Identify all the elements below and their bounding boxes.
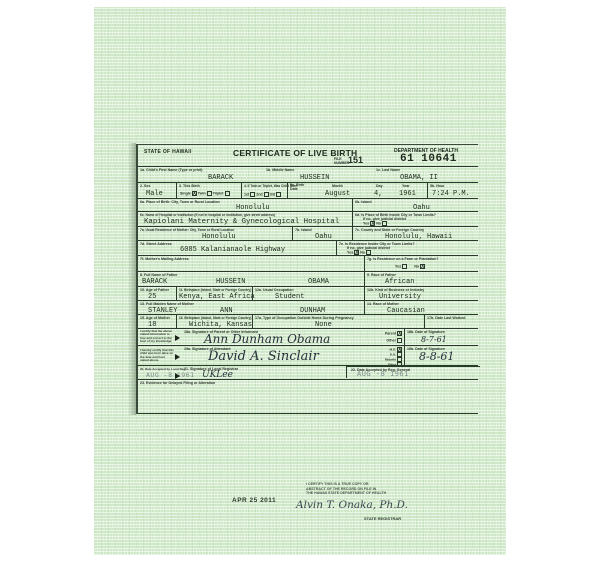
other-informant-label: Other — [386, 338, 396, 342]
informant-statement: I certify that the above stated informat… — [140, 330, 174, 344]
md-label: M.D. — [390, 347, 396, 351]
residence-limits-no-checkbox[interactable] — [366, 250, 371, 255]
father-name-row: 8. Full Name of Father BARACK HUSSEIN OB… — [138, 272, 478, 287]
month-label: Month — [332, 184, 343, 188]
residence-city: Honolulu — [202, 233, 236, 241]
triplet-checkbox[interactable] — [225, 191, 230, 196]
residence-limits-yes-checkbox[interactable]: X — [354, 250, 359, 255]
father-birthplace-cell: 11. Birthplace (Island, State or Foreign… — [176, 287, 252, 300]
reg-general-date-stamp: AUG -8 1961 — [357, 370, 409, 378]
birth-month: August — [325, 190, 350, 198]
registrar-row: 20. Date Accepted by Local Reg. AUG -8 1… — [138, 366, 478, 380]
child-first-name: BARACK — [208, 174, 233, 182]
street-address: 6085 Kalanianaole Highway — [180, 246, 285, 254]
day-label: Day — [376, 184, 383, 188]
sex-label: 2. Sex — [140, 184, 150, 188]
farm-label: 7g. Is Residence on a Farm or Plantation… — [367, 257, 439, 261]
child-last-name: OBAMA, II — [400, 174, 438, 182]
residence-limits-yes-label: Yes — [347, 250, 353, 254]
informant-signature: Ann Dunham Obama — [204, 332, 330, 346]
birth-year: 1961 — [399, 190, 416, 198]
mailing-row: 7f. Mother's Mailing Address 7g. Is Resi… — [138, 256, 478, 272]
birth-day: 4, — [374, 190, 382, 198]
attendant-date-cell: 19b. Date of Signature 8-8-61 — [404, 346, 480, 365]
mother-birthplace: Wichita, Kansas — [189, 321, 252, 329]
evidence-row: 23. Evidence for Delayed Filing or Alter… — [138, 380, 478, 414]
issue-date-stamp: APR 25 2011 — [232, 497, 276, 504]
residence-inside-limits-cell: 7e. Is Residence Inside City or Town Lim… — [336, 241, 480, 255]
residence-row: 7a. Usual Residence of Mother: City, Tow… — [138, 227, 478, 241]
triplet-label: Triplet — [213, 191, 224, 195]
state-label: STATE OF HAWAII — [144, 149, 192, 155]
street-label: 7d. Street Address — [140, 242, 172, 246]
attendant-statement-cell: I hereby certify that this child was bor… — [138, 346, 174, 365]
sex-cell: 2. Sex Male — [138, 183, 176, 198]
local-reg-signature-cell: 21. Signature of Local Registrar UKLee — [182, 366, 346, 379]
registrar-title: STATE REGISTRAR — [364, 516, 401, 521]
mother-last-worked-cell: 17b. Date Last Worked — [424, 315, 480, 328]
mother-first-name: STANLEY — [148, 307, 177, 315]
arrow-icon — [175, 373, 180, 379]
hospital-row: 6c. Name of Hospital or Institution (If … — [138, 212, 478, 227]
child-middle-name: HUSSEIN — [300, 174, 329, 182]
father-industry-cell: 12b. Kind of Business or Industry Univer… — [364, 287, 480, 300]
mother-last-worked-label: 17b. Date Last Worked — [427, 316, 465, 320]
midwife-label: Midwife — [385, 357, 396, 361]
father-occupation: Student — [275, 293, 304, 301]
father-last-name: OBAMA — [308, 278, 329, 286]
birth-date-cell: 5a. Birth Date Month Day Year August 4, … — [287, 183, 427, 198]
residence-city-cell: 7a. Usual Residence of Mother: City, Tow… — [138, 227, 292, 240]
single-checkbox[interactable]: X — [192, 191, 197, 196]
father-race-label: 9. Race of Father — [367, 273, 396, 277]
true-copy-certification: I CERTIFY THIS IS A TRUE COPY OR ABSTRAC… — [306, 482, 386, 496]
street-row: 7d. Street Address 6085 Kalanianaole Hig… — [138, 241, 478, 256]
birth-island-cell: 6b. Island Oahu — [352, 199, 480, 211]
twin-checkbox[interactable] — [207, 191, 212, 196]
mother-last-name: DUNHAM — [300, 307, 325, 315]
farm-cell: 7g. Is Residence on a Farm or Plantation… — [364, 256, 480, 271]
father-race: African — [385, 278, 414, 286]
residence-island-label: 7b. Island — [295, 228, 312, 232]
birth-hour-cell: 5b. Hour 7:24 P.M. — [427, 183, 480, 198]
certificate-number: 61 10641 — [400, 153, 457, 165]
certificate-header: STATE OF HAWAII CERTIFICATE OF LIVE BIRT… — [138, 145, 478, 167]
mailing-cell: 7f. Mother's Mailing Address — [138, 256, 364, 271]
mother-race: Caucasian — [387, 307, 425, 315]
birth-city: Honolulu — [236, 204, 270, 212]
father-name-cell: 8. Full Name of Father BARACK HUSSEIN OB… — [138, 272, 364, 286]
child-name-row: 1a. Child's First Name (Type or print) 1… — [138, 167, 478, 183]
birth-hour: 7:24 P.M. — [432, 190, 470, 198]
father-industry: University — [379, 293, 421, 301]
arrow-icon — [175, 335, 180, 341]
mother-race-cell: 14. Race of Mother Caucasian — [364, 301, 480, 314]
mother-age: 18 — [148, 321, 156, 329]
residence-city-label: 7a. Usual Residence of Mother: City, Tow… — [140, 228, 234, 232]
attendant-signature-cell: 19a. Signature of Attendant David A. Sin… — [182, 346, 404, 365]
informant-signature-cell: 18a. Signature of Parent or Other Inform… — [182, 329, 404, 345]
father-occupation-cell: 12a. Usual Occupation Student — [252, 287, 364, 300]
attendant-signature: David A. Sinclair — [208, 349, 319, 364]
this-birth-label: 3. This Birth — [179, 184, 200, 188]
hospital-label: 6c. Name of Hospital or Institution (If … — [140, 213, 275, 217]
residence-county-label: 7c. County and State or Foreign Country — [355, 228, 424, 232]
other-informant-checkbox[interactable] — [397, 338, 402, 343]
birth-limits-yes-label: Yes — [363, 221, 369, 225]
informant-date: 8-7-61 — [421, 335, 447, 344]
farm-yes-label: Yes — [395, 264, 401, 268]
residence-island: Oahu — [315, 233, 332, 241]
parent-checkbox[interactable]: X — [397, 331, 402, 336]
mother-name-label: 13. Full Maiden Name of Mother — [140, 302, 194, 306]
residence-island-cell: 7b. Island Oahu — [292, 227, 352, 240]
child-name-cell: 1a. Child's First Name (Type or print) 1… — [138, 167, 480, 182]
birth-limits-no-label: No — [376, 221, 381, 225]
father-name-label: 8. Full Name of Father — [140, 273, 178, 277]
hour-label: 5b. Hour — [430, 184, 445, 188]
place-of-birth-row: 6a. Place of Birth: City, Town or Rural … — [138, 199, 478, 212]
farm-no-label: No — [414, 264, 419, 268]
birth-island-label: 6b. Island — [355, 200, 372, 204]
last-name-label: 1c. Last Name — [376, 168, 400, 172]
mother-birthplace-cell: 16. Birthplace (Island, State or Foreign… — [176, 315, 252, 328]
street-cell: 7d. Street Address 6085 Kalanianaole Hig… — [138, 241, 336, 255]
middle-name-label: 1b. Middle Name — [266, 168, 294, 172]
birth-details-row: 2. Sex Male 3. This Birth SingleX Twin T… — [138, 183, 478, 199]
attendant-row: I hereby certify that this child was bor… — [138, 346, 478, 366]
birth-certificate-form: STATE OF HAWAII CERTIFICATE OF LIVE BIRT… — [136, 144, 478, 414]
birth-date-label: 5a. Birth Date — [290, 184, 306, 192]
hospital-cell: 6c. Name of Hospital or Institution (If … — [138, 212, 352, 226]
arrow-icon — [175, 354, 180, 360]
informant-date-label: 18b. Date of Signature — [407, 330, 445, 334]
hospital-name: Kapiolani Maternity & Gynecological Hosp… — [144, 218, 339, 226]
mother-birthplace-label: 16. Birthplace (Island, State or Foreign… — [179, 316, 251, 320]
birth-city-cell: 6a. Place of Birth: City, Town or Rural … — [138, 199, 352, 211]
farm-no-checkbox[interactable]: X — [420, 264, 425, 269]
father-birthplace-label: 11. Birthplace (Island, State or Foreign… — [179, 288, 251, 292]
certify-line-3: THE HAWAII STATE DEPARTMENT OF HEALTH — [306, 491, 386, 496]
mother-occupation: None — [315, 321, 332, 329]
registrar-signature: Alvin T. Onaka, Ph.D. — [296, 499, 408, 511]
father-age-label: 10. Age of Father — [140, 288, 169, 292]
father-middle-name: HUSSEIN — [216, 278, 245, 286]
local-reg-date-cell: 20. Date Accepted by Local Reg. AUG -8 1… — [138, 366, 174, 379]
year-label: Year — [402, 184, 410, 188]
twin-label: Twin — [198, 191, 206, 195]
third-born-checkbox[interactable] — [276, 192, 281, 197]
this-birth-cell: 3. This Birth SingleX Twin Triplet — [176, 183, 241, 198]
attendant-statement: I hereby certify that this child was bor… — [140, 349, 174, 363]
birth-inside-limits-cell: 6d. Is Place of Birth Inside City or Tow… — [352, 212, 480, 226]
file-number: 151 — [348, 155, 363, 165]
birth-limits-no-checkbox[interactable] — [382, 221, 387, 226]
mother-age-label: 15. Age of Mother — [140, 316, 170, 320]
father-industry-label: 12b. Kind of Business or Industry — [367, 288, 424, 292]
informant-date-cell: 18b. Date of Signature 8-7-61 — [404, 329, 480, 345]
third-born-label: 3rd — [270, 192, 276, 196]
do-label: D.O. — [390, 352, 396, 356]
single-label: Single — [180, 191, 191, 195]
residence-limits-no-label: No — [360, 250, 365, 254]
mother-details-row: 15. Age of Mother 18 16. Birthplace (Isl… — [138, 315, 478, 329]
father-race-cell: 9. Race of Father African — [364, 272, 480, 286]
mother-race-label: 14. Race of Mother — [367, 302, 399, 306]
first-born-checkbox[interactable] — [250, 192, 255, 197]
father-birthplace: Kenya, East Africa — [179, 293, 255, 301]
twin-order-cell: 4. If Twin or Triplet, Was Child Born 1s… — [241, 183, 287, 198]
sex-value: Male — [146, 190, 163, 198]
first-name-label: 1a. Child's First Name (Type or print) — [140, 168, 203, 172]
mailing-label: 7f. Mother's Mailing Address — [140, 257, 189, 261]
father-age: 25 — [148, 293, 156, 301]
residence-county-cell: 7c. County and State or Foreign Country … — [352, 227, 480, 240]
birth-city-label: 6a. Place of Birth: City, Town or Rural … — [140, 200, 220, 204]
parent-label: Parent — [385, 331, 396, 335]
birth-island: Oahu — [413, 204, 430, 212]
father-age-cell: 10. Age of Father 25 — [138, 287, 176, 300]
second-born-checkbox[interactable] — [264, 192, 269, 197]
father-occupation-label: 12a. Usual Occupation — [255, 288, 294, 292]
evidence-cell: 23. Evidence for Delayed Filing or Alter… — [138, 380, 480, 413]
mother-occupation-cell: 17a. Type of Occupation Outside Home Dur… — [252, 315, 424, 328]
second-born-label: 2nd — [256, 192, 262, 196]
reg-general-date-cell: 22. Date Accepted by Reg. General AUG -8… — [346, 366, 480, 378]
birth-limits-yes-checkbox[interactable]: X — [370, 221, 375, 226]
informant-row: I certify that the above stated informat… — [138, 329, 478, 346]
informant-statement-cell: I certify that the above stated informat… — [138, 329, 174, 345]
mother-middle-name: ANN — [220, 307, 233, 315]
mother-name-row: 13. Full Maiden Name of Mother STANLEY A… — [138, 301, 478, 315]
mother-occupation-label: 17a. Type of Occupation Outside Home Dur… — [255, 316, 354, 320]
residence-county: Honolulu, Hawaii — [385, 233, 452, 241]
farm-yes-checkbox[interactable] — [402, 264, 407, 269]
father-details-row: 10. Age of Father 25 11. Birthplace (Isl… — [138, 287, 478, 301]
father-first-name: BARACK — [142, 278, 167, 286]
local-reg-signature: UKLee — [202, 370, 233, 380]
mother-age-cell: 15. Age of Mother 18 — [138, 315, 176, 328]
evidence-label: 23. Evidence for Delayed Filing or Alter… — [140, 381, 215, 385]
first-born-label: 1st — [244, 192, 249, 196]
mother-name-cell: 13. Full Maiden Name of Mother STANLEY A… — [138, 301, 364, 314]
attendant-date: 8-8-61 — [419, 350, 454, 363]
